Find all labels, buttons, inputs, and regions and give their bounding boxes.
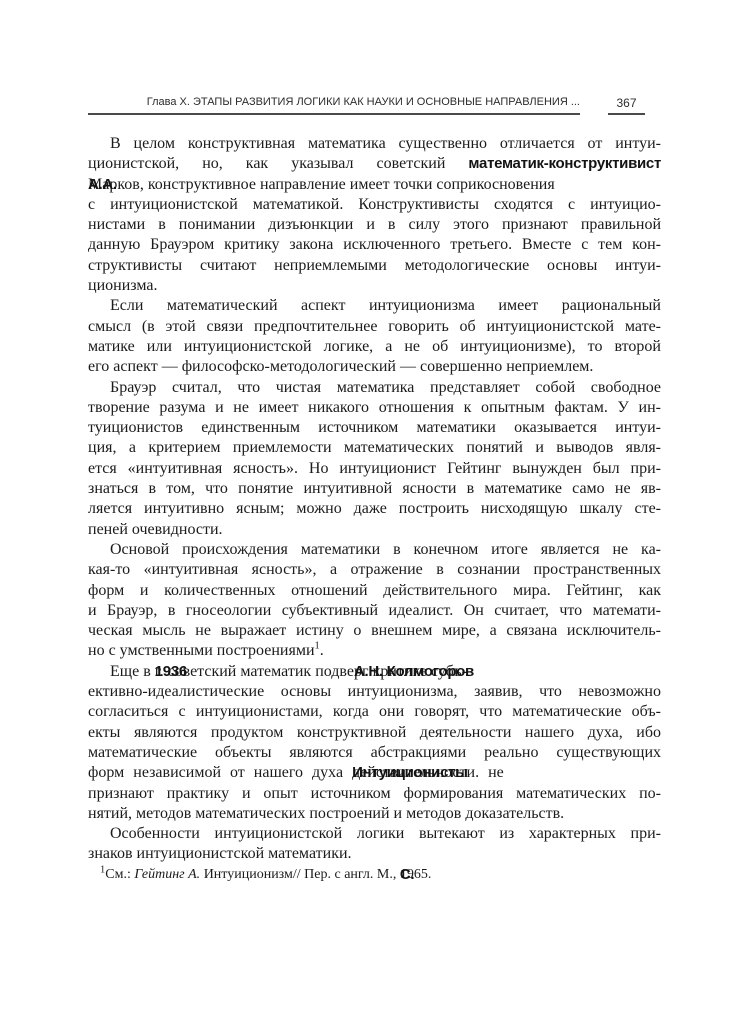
text-line: творение разума и не имеет никакого отно… bbox=[88, 398, 661, 418]
text-run: Интуиционизм// Пер. с англ. М., bbox=[200, 867, 400, 882]
text-line: данную Брауэром критику закона исключенн… bbox=[88, 235, 661, 255]
text-run: смысл (в этой связи предпочтительнее гов… bbox=[88, 318, 661, 335]
text-line: математические объекты являются абстракц… bbox=[88, 743, 661, 763]
text-run: ков, конструктивное направление имеет то… bbox=[117, 176, 554, 193]
text-line: матике или интуиционистской логике, а не… bbox=[88, 337, 661, 357]
text-line: признают практику и опыт источником форм… bbox=[88, 784, 661, 804]
text-line: ционистской, но, как указывал советский … bbox=[88, 154, 661, 174]
text-line: и Брауэр, в гносеологии субъективный иде… bbox=[88, 601, 661, 621]
text-line: знаков интуиционистской математики. bbox=[88, 844, 661, 864]
paragraph: Основой происхождения математики в конеч… bbox=[88, 540, 661, 662]
text-run: ция, а критерием приемлемости математиче… bbox=[88, 439, 661, 456]
paragraph: Если математический аспект интуиционизма… bbox=[88, 296, 661, 377]
text-line: структивисты считают неприемлемыми метод… bbox=[88, 256, 661, 276]
text-run: Еще в bbox=[110, 663, 155, 680]
text-line: нистами в понимании дизъюнкции и в силу … bbox=[88, 215, 661, 235]
overprint-text: действительности.Интуиционисты bbox=[352, 763, 479, 783]
text-line: В целом конструктивная математика сущест… bbox=[88, 134, 661, 154]
text-line: согласиться с интуиционистами, когда они… bbox=[88, 702, 661, 722]
text-run: См.: bbox=[105, 867, 134, 882]
text-run: ветский математик подве bbox=[183, 663, 354, 680]
overprint-text: МарА.А. bbox=[88, 175, 117, 195]
text-line: ческая мысль не выражает истину о внешне… bbox=[88, 621, 661, 641]
text-run: знаков интуиционистской математики. bbox=[88, 845, 352, 862]
text-run: ционизма. bbox=[88, 277, 157, 294]
text-run: математик-конструктивист bbox=[468, 155, 661, 172]
text-line: пеней очевидности. bbox=[88, 520, 661, 540]
text-run: екты являются продуктом конструктивной д… bbox=[88, 724, 661, 741]
text-line: Еще в г. со1936ветский математик подверг… bbox=[88, 662, 661, 682]
text-line: екты являются продуктом конструктивной д… bbox=[88, 723, 661, 743]
page-body: В целом конструктивная математика сущест… bbox=[88, 134, 661, 885]
text-line: с интуиционистской математикой. Конструк… bbox=[88, 195, 661, 215]
text-run: ляется интуитивно ясным; можно даже пост… bbox=[88, 500, 661, 517]
paragraph: Брауэр считал, что чистая математика пре… bbox=[88, 378, 661, 540]
footnote: 1См.: Гейтинг А. Интуиционизм// Пер. с а… bbox=[88, 865, 661, 885]
text-line: знаться в том, что понятие интуитивной я… bbox=[88, 479, 661, 499]
text-line: Брауэр считал, что чистая математика пре… bbox=[88, 378, 661, 398]
text-run: знаться в том, что понятие интуитивной я… bbox=[88, 480, 661, 497]
text-run: структивисты считают неприемлемыми метод… bbox=[88, 257, 661, 274]
text-run: и Брауэр, в гносеологии субъективный иде… bbox=[88, 602, 661, 619]
text-run: Если математический аспект интуиционизма… bbox=[110, 297, 661, 314]
text-line: его аспект — философско-методологический… bbox=[88, 357, 661, 377]
text-line: кая-то «интуитивная ясность», а отражени… bbox=[88, 560, 661, 580]
text-run: матике или интуиционистской логике, а не… bbox=[88, 338, 661, 355]
text-run: математические объекты являются абстракц… bbox=[88, 744, 661, 761]
text-run: ционистской, но, как указывал советский bbox=[88, 155, 468, 172]
text-line: форм и количественных отношений действит… bbox=[88, 581, 661, 601]
text-run: ется «интуитивная ясность». Но интуицион… bbox=[88, 460, 661, 477]
text-run: форм независимой от нашего духа bbox=[88, 764, 352, 781]
text-line: ционизма. bbox=[88, 276, 661, 296]
overprint-text: рг критике субъ-А.Н. Колмогоров bbox=[354, 662, 467, 682]
text-line: ется «интуитивная ясность». Но интуицион… bbox=[88, 459, 661, 479]
text-run: форм и количественных отношений действит… bbox=[88, 582, 661, 599]
overprint-text: 1965.С. bbox=[400, 865, 432, 885]
text-line: Основой происхождения математики в конеч… bbox=[88, 540, 661, 560]
text-run: пеней очевидности. bbox=[88, 521, 223, 538]
text-run: Гейтинг А. bbox=[134, 867, 200, 882]
text-run: данную Брауэром критику закона исключенн… bbox=[88, 236, 661, 253]
text-line: туиционистов единственным источником мат… bbox=[88, 418, 661, 438]
text-run: . bbox=[320, 642, 324, 659]
text-run: его аспект — философско-методологический… bbox=[88, 358, 593, 375]
overprint-text: г. со1936 bbox=[155, 662, 183, 682]
text-run: согласиться с интуиционистами, когда они… bbox=[88, 703, 661, 720]
text-run: творение разума и не имеет никакого отно… bbox=[88, 399, 661, 416]
text-run: туиционистов единственным источником мат… bbox=[88, 419, 661, 436]
text-line: но с умственными построениями1. bbox=[88, 641, 661, 661]
text-line: Если математический аспект интуиционизма… bbox=[88, 296, 661, 316]
paragraph: Еще в г. со1936ветский математик подверг… bbox=[88, 662, 661, 824]
running-header-title: Глава X. ЭТАПЫ РАЗВИТИЯ ЛОГИКИ КАК НАУКИ… bbox=[88, 96, 580, 115]
text-line: МарА.А.ков, конструктивное направление и… bbox=[88, 175, 661, 195]
text-run: Брауэр считал, что чистая математика пре… bbox=[110, 379, 661, 396]
text-run: признают практику и опыт источником форм… bbox=[88, 785, 661, 802]
text-run: ческая мысль не выражает истину о внешне… bbox=[88, 622, 661, 639]
text-run: с интуиционистской математикой. Конструк… bbox=[88, 196, 661, 213]
text-line: Особенности интуиционистской логики выте… bbox=[88, 824, 661, 844]
text-line: смысл (в этой связи предпочтительнее гов… bbox=[88, 317, 661, 337]
paragraph: Особенности интуиционистской логики выте… bbox=[88, 824, 661, 865]
text-run: ективно-идеалистические основы интуицион… bbox=[88, 683, 661, 700]
page-number: 367 bbox=[608, 96, 645, 115]
text-run: но с умственными построениями bbox=[88, 642, 315, 659]
text-line: ция, а критерием приемлемости математиче… bbox=[88, 438, 661, 458]
text-line: форм независимой от нашего духа действит… bbox=[88, 763, 661, 783]
text-run: В целом конструктивная математика сущест… bbox=[110, 135, 661, 152]
text-run: не bbox=[479, 764, 504, 781]
text-line: ективно-идеалистические основы интуицион… bbox=[88, 682, 661, 702]
text-line: нятий, методов математических построений… bbox=[88, 804, 661, 824]
text-line: ляется интуитивно ясным; можно даже пост… bbox=[88, 499, 661, 519]
paragraph: В целом конструктивная математика сущест… bbox=[88, 134, 661, 296]
text-run: нистами в понимании дизъюнкции и в силу … bbox=[88, 216, 661, 233]
text-run: Особенности интуиционистской логики выте… bbox=[110, 825, 661, 842]
text-run: кая-то «интуитивная ясность», а отражени… bbox=[88, 561, 661, 578]
text-run: Основой происхождения математики в конеч… bbox=[110, 541, 661, 558]
book-page: Глава X. ЭТАПЫ РАЗВИТИЯ ЛОГИКИ КАК НАУКИ… bbox=[0, 0, 747, 1024]
text-run: нятий, методов математических построений… bbox=[88, 805, 564, 822]
